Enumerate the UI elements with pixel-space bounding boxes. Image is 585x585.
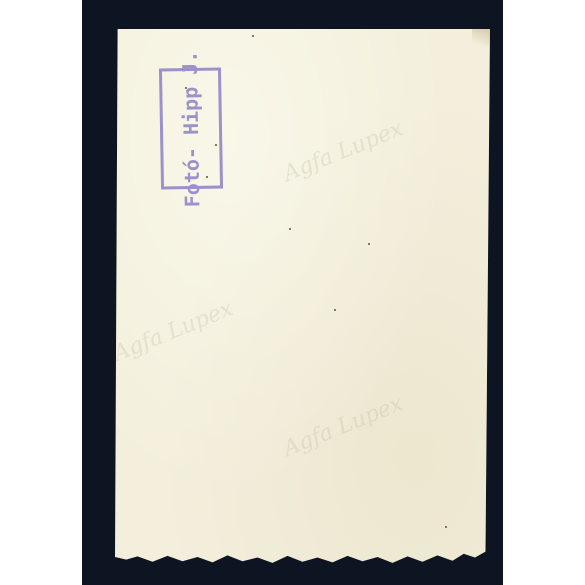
photo-back-paper: Fotó- Hipp J. Agfa Lupex Agfa Lupex Agfa…	[115, 29, 490, 565]
speck	[185, 87, 187, 89]
corner-stain	[472, 29, 490, 51]
speck	[206, 176, 208, 178]
watermark: Agfa Lupex	[280, 116, 407, 187]
speck	[368, 243, 370, 245]
speck	[334, 309, 336, 311]
stamp-text: Fotó- Hipp J.	[178, 50, 205, 207]
photographer-stamp: Fotó- Hipp J.	[159, 67, 223, 189]
speck	[252, 35, 254, 37]
speck	[445, 526, 447, 528]
speck	[215, 144, 217, 146]
watermark: Agfa Lupex	[110, 296, 237, 367]
speck	[289, 228, 291, 230]
watermark: Agfa Lupex	[280, 391, 407, 462]
